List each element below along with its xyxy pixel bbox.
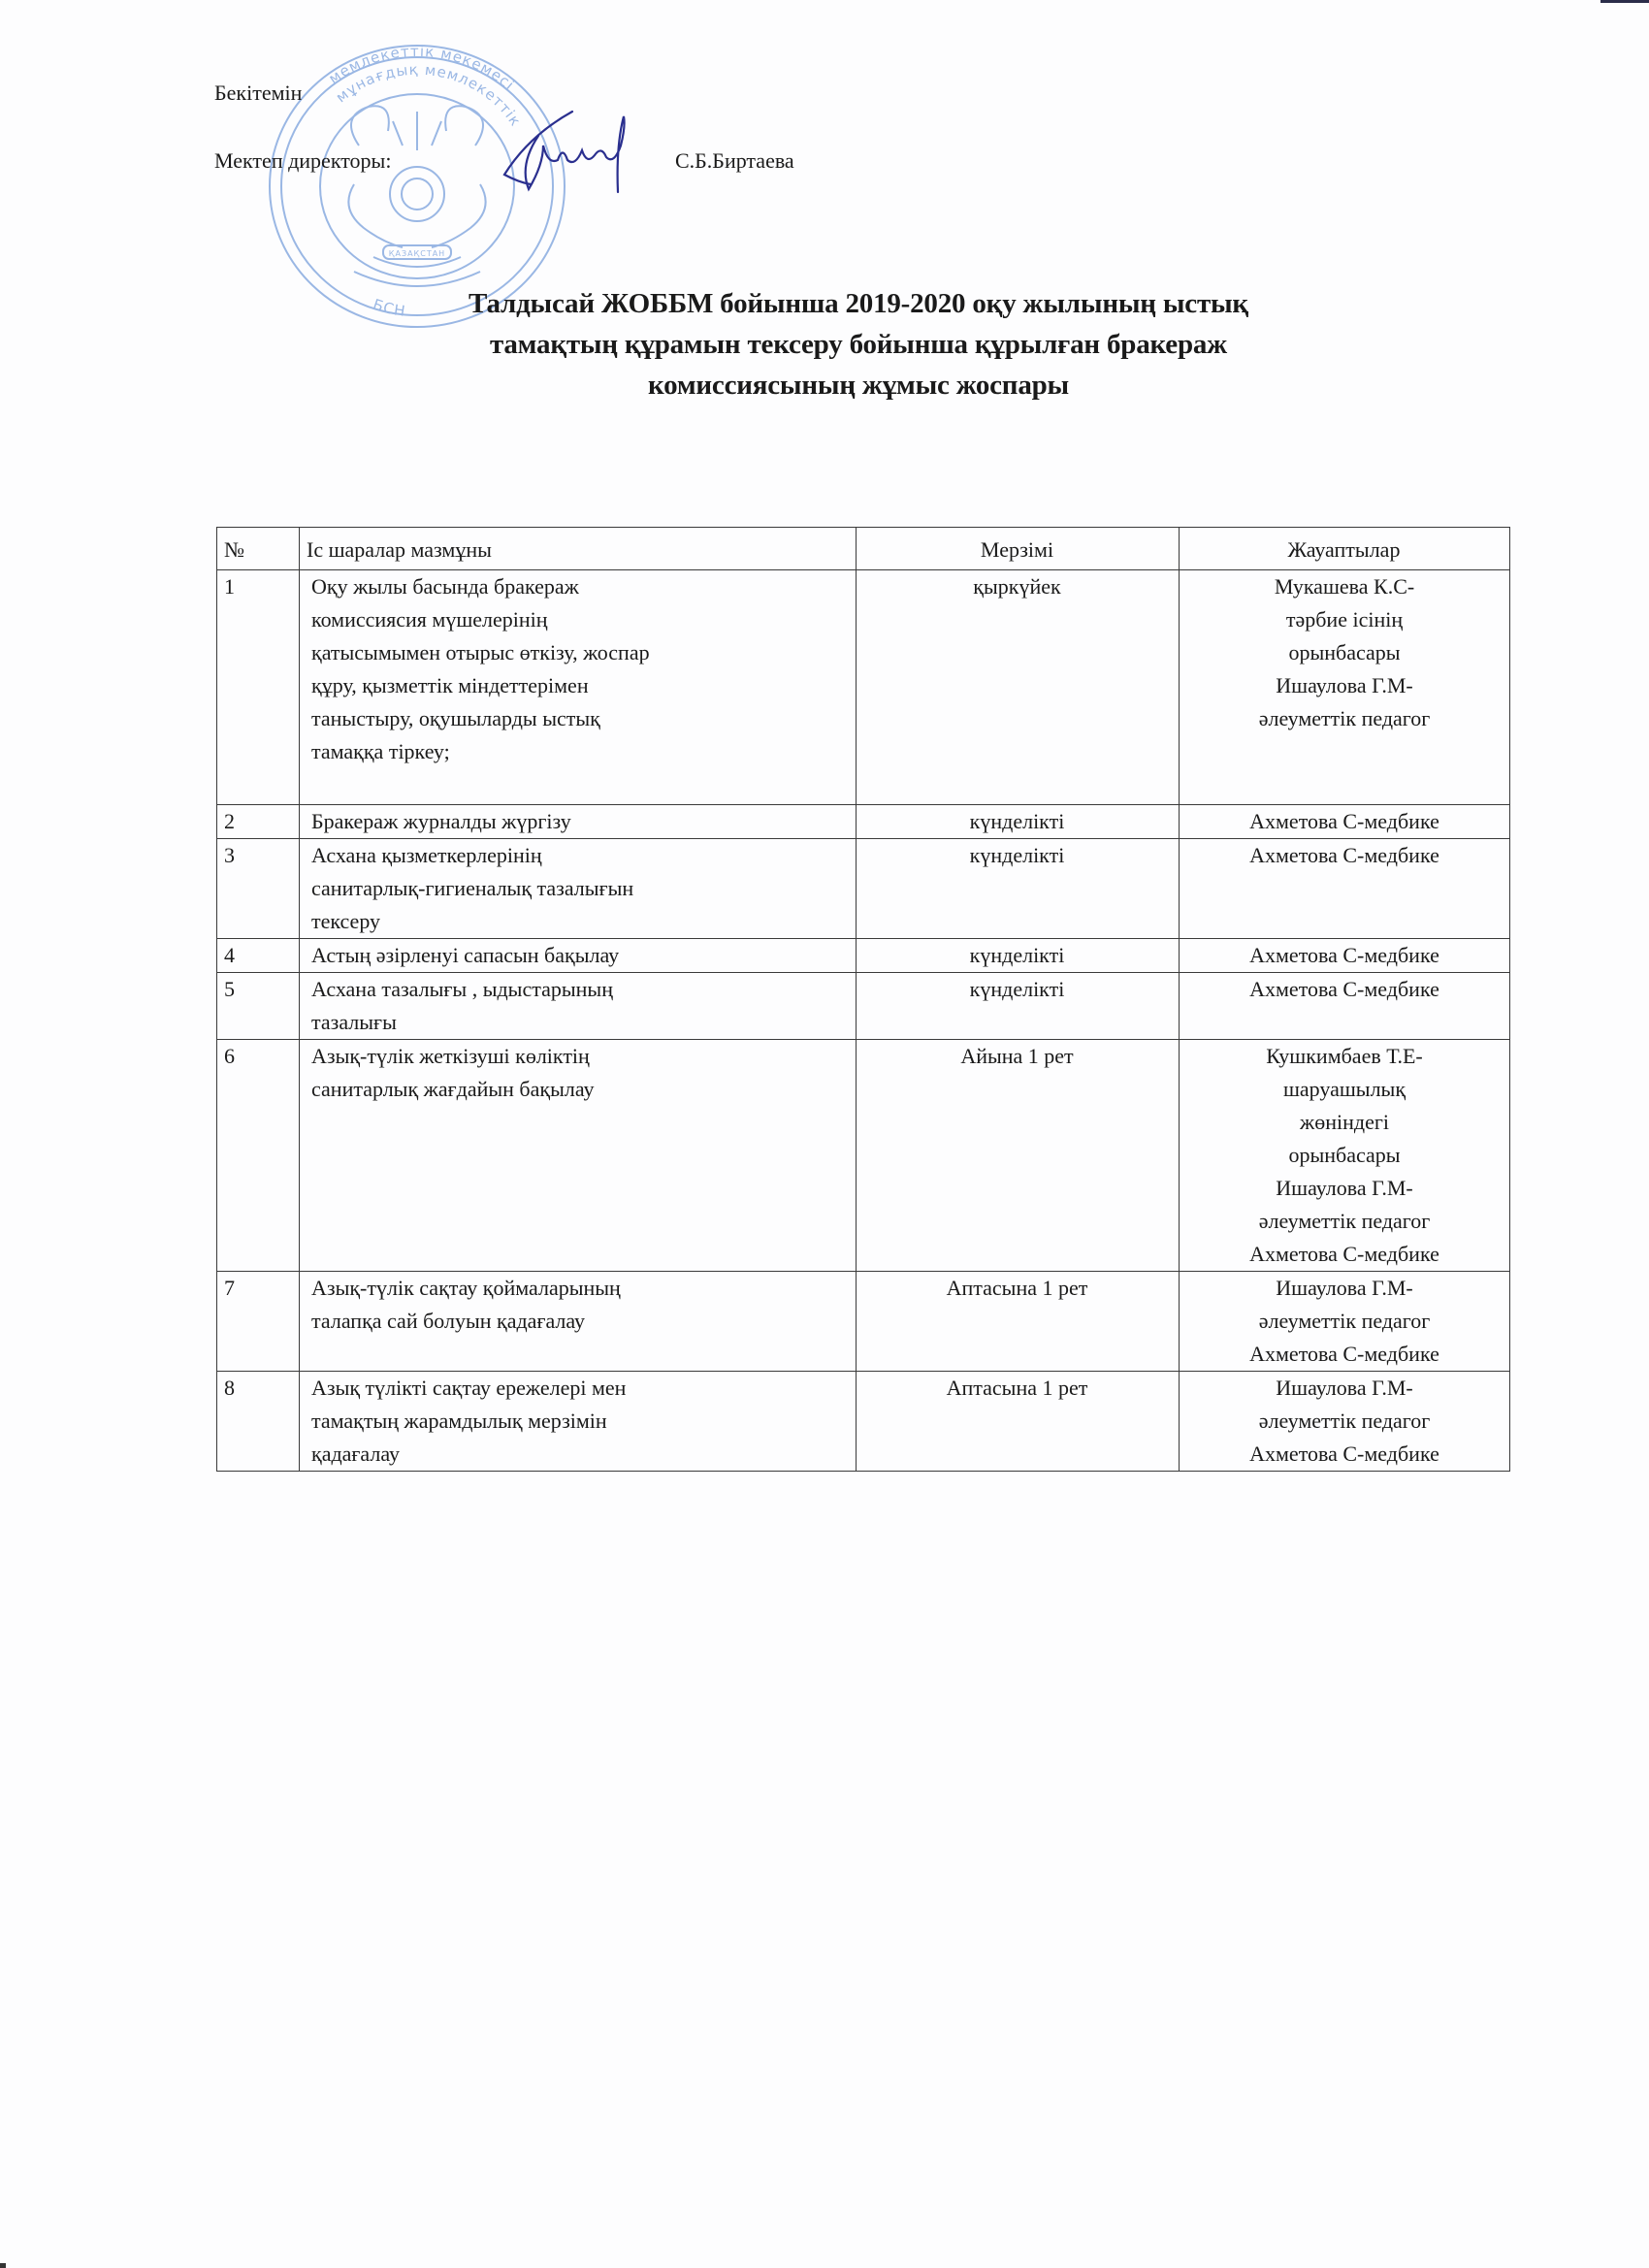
row-description-line: қадағалау xyxy=(311,1438,848,1471)
row-responsible-line: әлеуметтік педагог xyxy=(1183,1405,1505,1438)
row-description-line: Оқу жылы басында бракераж xyxy=(311,570,848,603)
svg-text:мұнағдық мемлекеттік: мұнағдық мемлекеттік xyxy=(333,61,525,130)
row-responsible: Кушкимбаев Т.Е-шаруашылықжөніндегіорынба… xyxy=(1180,1040,1510,1272)
table-row: 5Асхана тазалығы , ыдыстарыныңтазалығыкү… xyxy=(217,973,1510,1040)
svg-text:ҚАЗАҚСТАН: ҚАЗАҚСТАН xyxy=(389,249,445,258)
row-responsible-line: Ишаулова Г.М- xyxy=(1183,1372,1505,1405)
row-description: Асхана тазалығы , ыдыстарыныңтазалығы xyxy=(300,973,857,1040)
row-responsible-line: Ахметова С-медбике xyxy=(1183,1338,1505,1371)
row-term: Аптасына 1 рет xyxy=(857,1272,1180,1372)
row-number: 7 xyxy=(217,1272,300,1372)
row-responsible: Ахметова С-медбике xyxy=(1180,839,1510,939)
title-line-3: комиссиясының жұмыс жоспары xyxy=(213,365,1503,405)
director-label: Мектеп директоры: xyxy=(214,150,391,172)
row-responsible-line: Ахметова С-медбике xyxy=(1183,1438,1505,1471)
row-number: 2 xyxy=(217,805,300,839)
row-term: күнделікті xyxy=(857,939,1180,973)
header-number: № xyxy=(217,528,300,570)
title-line-2: тамақтың құрамын тексеру бойынша құрылға… xyxy=(213,324,1503,365)
row-description: Асхана қызметкерлерініңсанитарлық-гигиен… xyxy=(300,839,857,939)
row-responsible-line: Кушкимбаев Т.Е- xyxy=(1183,1040,1505,1073)
table-row: 2Бракераж журналды жүргізукүнделіктіАхме… xyxy=(217,805,1510,839)
signature-icon xyxy=(490,107,650,194)
row-responsible: Ахметова С-медбике xyxy=(1180,805,1510,839)
title-line-1: Талдысай ЖОББМ бойынша 2019-2020 оқу жыл… xyxy=(213,283,1503,324)
director-name: С.Б.Биртаева xyxy=(675,150,794,172)
row-term: күнделікті xyxy=(857,839,1180,939)
row-description: Азық-түлік сақтау қоймаларыныңталапқа са… xyxy=(300,1272,857,1372)
row-term: күнделікті xyxy=(857,805,1180,839)
row-description-line: Азық түлікті сақтау ережелері мен xyxy=(311,1372,848,1405)
row-description-line: талапқа сай болуын қадағалау xyxy=(311,1305,848,1338)
row-description-line: тексеру xyxy=(311,905,848,938)
row-description-line: санитарлық-гигиеналық тазалығын xyxy=(311,872,848,905)
row-responsible-line: Ахметова С-медбике xyxy=(1183,839,1505,872)
row-responsible-line: Ахметова С-медбике xyxy=(1183,939,1505,972)
row-description-line: тазалығы xyxy=(311,1006,848,1039)
table-row: 3Асхана қызметкерлерініңсанитарлық-гигие… xyxy=(217,839,1510,939)
row-responsible-line: Ишаулова Г.М- xyxy=(1183,669,1505,702)
table-header-row: № Іс шаралар мазмұны Мерзімі Жауаптылар xyxy=(217,528,1510,570)
row-description-line: таныстыру, оқушыларды ыстық xyxy=(311,702,848,735)
table-row: 4Астың әзірленуі сапасын бақылаукүнделік… xyxy=(217,939,1510,973)
header-responsible: Жауаптылар xyxy=(1180,528,1510,570)
row-term: күнделікті xyxy=(857,973,1180,1040)
row-description: Бракераж журналды жүргізу xyxy=(300,805,857,839)
row-description: Азық-түлік жеткізуші көліктіңсанитарлық … xyxy=(300,1040,857,1272)
row-description-line: санитарлық жағдайын бақылау xyxy=(311,1073,848,1106)
row-responsible-line: шаруашылық xyxy=(1183,1073,1505,1106)
row-description: Оқу жылы басында бракеражкомиссиясия мүш… xyxy=(300,570,857,805)
approved-label: Бекітемін xyxy=(214,82,302,104)
table-row: 7Азық-түлік сақтау қоймаларыныңталапқа с… xyxy=(217,1272,1510,1372)
row-number: 4 xyxy=(217,939,300,973)
row-responsible-line: Ахметова С-медбике xyxy=(1183,973,1505,1006)
row-number: 8 xyxy=(217,1372,300,1472)
row-description: Азық түлікті сақтау ережелері ментамақты… xyxy=(300,1372,857,1472)
row-number: 5 xyxy=(217,973,300,1040)
row-responsible-line: Ахметова С-медбике xyxy=(1183,1238,1505,1271)
document-title: Талдысай ЖОББМ бойынша 2019-2020 оқу жыл… xyxy=(213,283,1503,405)
row-term: Аптасына 1 рет xyxy=(857,1372,1180,1472)
row-description-line: қатысымымен отырыс өткізу, жоспар xyxy=(311,636,848,669)
row-description-line: Азық-түлік сақтау қоймаларының xyxy=(311,1272,848,1305)
row-number: 1 xyxy=(217,570,300,805)
work-plan-table: № Іс шаралар мазмұны Мерзімі Жауаптылар … xyxy=(216,527,1510,1472)
row-description-line: құру, қызметтік міндеттерімен xyxy=(311,669,848,702)
row-responsible-line: жөніндегі xyxy=(1183,1106,1505,1139)
row-responsible: Ахметова С-медбике xyxy=(1180,973,1510,1040)
row-responsible-line: Ишаулова Г.М- xyxy=(1183,1272,1505,1305)
row-responsible: Ишаулова Г.М-әлеуметтік педагогАхметова … xyxy=(1180,1272,1510,1372)
row-description-line: Бракераж журналды жүргізу xyxy=(311,805,848,838)
header-term: Мерзімі xyxy=(857,528,1180,570)
row-responsible-line: тәрбие ісінің xyxy=(1183,603,1505,636)
row-description-line: Асхана тазалығы , ыдыстарының xyxy=(311,973,848,1006)
row-description-line: комиссиясия мүшелерінің xyxy=(311,603,848,636)
table-row: 6Азық-түлік жеткізуші көліктіңсанитарлық… xyxy=(217,1040,1510,1272)
row-responsible-line: Ахметова С-медбике xyxy=(1183,805,1505,838)
row-responsible-line: әлеуметтік педагог xyxy=(1183,1305,1505,1338)
scan-corner-mark xyxy=(0,2263,6,2268)
row-responsible: Ахметова С-медбике xyxy=(1180,939,1510,973)
row-description-line: тамаққа тіркеу; xyxy=(311,735,848,768)
row-responsible-line: Мукашева К.С- xyxy=(1183,570,1505,603)
row-description-line: тамақтың жарамдылық мерзімін xyxy=(311,1405,848,1438)
scan-edge-mark xyxy=(1600,0,1649,3)
row-description-line: Азық-түлік жеткізуші көліктің xyxy=(311,1040,848,1073)
row-description-line: Асхана қызметкерлерінің xyxy=(311,839,848,872)
row-responsible: Ишаулова Г.М-әлеуметтік педагогАхметова … xyxy=(1180,1372,1510,1472)
row-responsible-line: әлеуметтік педагог xyxy=(1183,1205,1505,1238)
row-responsible-line: әлеуметтік педагог xyxy=(1183,702,1505,735)
row-description: Астың әзірленуі сапасын бақылау xyxy=(300,939,857,973)
row-responsible-line: орынбасары xyxy=(1183,1139,1505,1172)
svg-text:мемлекеттік мекемесі: мемлекеттік мекемесі xyxy=(326,43,518,94)
row-number: 6 xyxy=(217,1040,300,1272)
row-term: қыркүйек xyxy=(857,570,1180,805)
row-description-line: Астың әзірленуі сапасын бақылау xyxy=(311,939,848,972)
row-responsible-line: Ишаулова Г.М- xyxy=(1183,1172,1505,1205)
header-description: Іс шаралар мазмұны xyxy=(300,528,857,570)
row-responsible: Мукашева К.С-тәрбие ісініңорынбасарыИшау… xyxy=(1180,570,1510,805)
table-row: 8Азық түлікті сақтау ережелері ментамақт… xyxy=(217,1372,1510,1472)
row-responsible-line: орынбасары xyxy=(1183,636,1505,669)
row-number: 3 xyxy=(217,839,300,939)
table-row: 1Оқу жылы басында бракеражкомиссиясия мү… xyxy=(217,570,1510,805)
row-term: Айына 1 рет xyxy=(857,1040,1180,1272)
